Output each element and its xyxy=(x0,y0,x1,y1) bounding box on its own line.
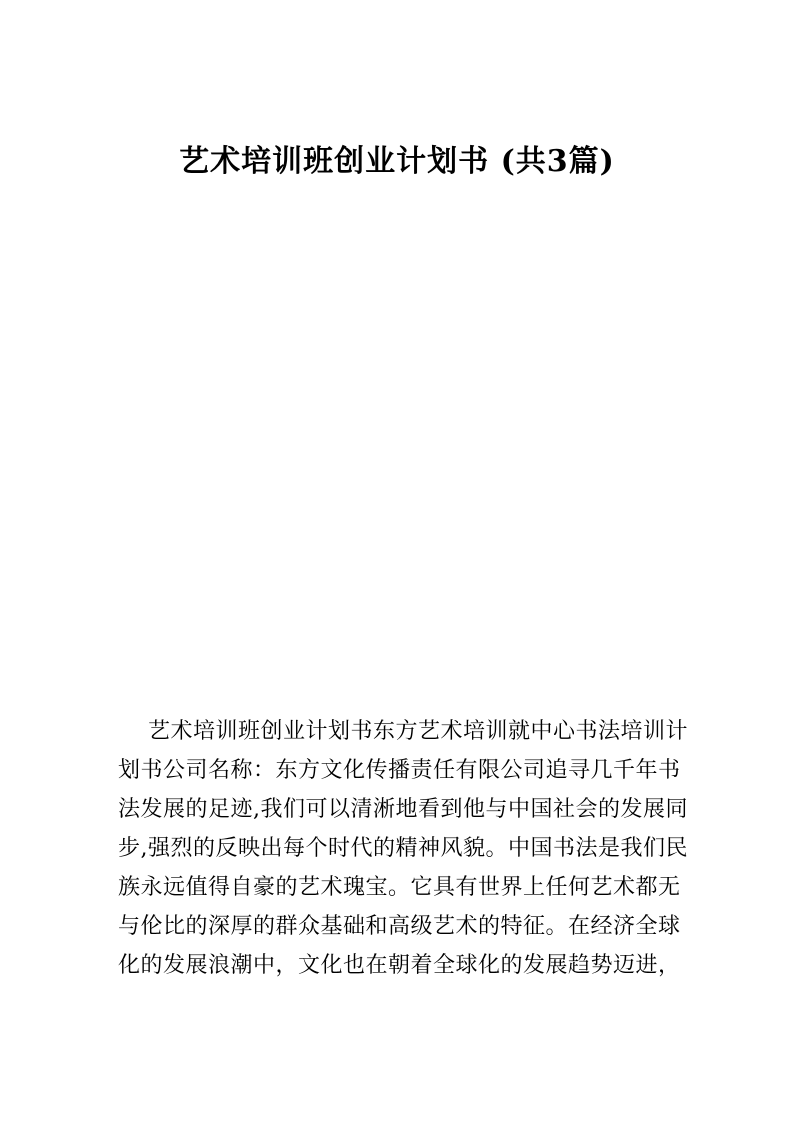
document-page: 艺术培训班创业计划书 (共3篇) 艺术培训班创业计划书东方艺术培训就中心书法培训… xyxy=(0,0,794,1123)
body-line: 划书公司名称：东方文化传播责任有限公司追寻几千年书 xyxy=(118,751,700,790)
body-line: 法发展的足迹,我们可以清淅地看到他与中国社会的发展同 xyxy=(118,790,700,829)
body-line: 步,强烈的反映出每个时代的精神风貌。中国书法是我们民 xyxy=(118,829,700,868)
body-paragraph: 艺术培训班创业计划书东方艺术培训就中心书法培训计划书公司名称：东方文化传播责任有… xyxy=(118,712,700,985)
body-line: 族永远值得自豪的艺术瑰宝。它具有世界上任何艺术都无 xyxy=(118,868,700,907)
document-title: 艺术培训班创业计划书 (共3篇) xyxy=(0,142,794,182)
body-line: 艺术培训班创业计划书东方艺术培训就中心书法培训计 xyxy=(118,712,700,751)
body-line: 化的发展浪潮中，文化也在朝着全球化的发展趋势迈进， xyxy=(118,946,700,985)
body-line: 与伦比的深厚的群众基础和高级艺术的特征。在经济全球 xyxy=(118,907,700,946)
